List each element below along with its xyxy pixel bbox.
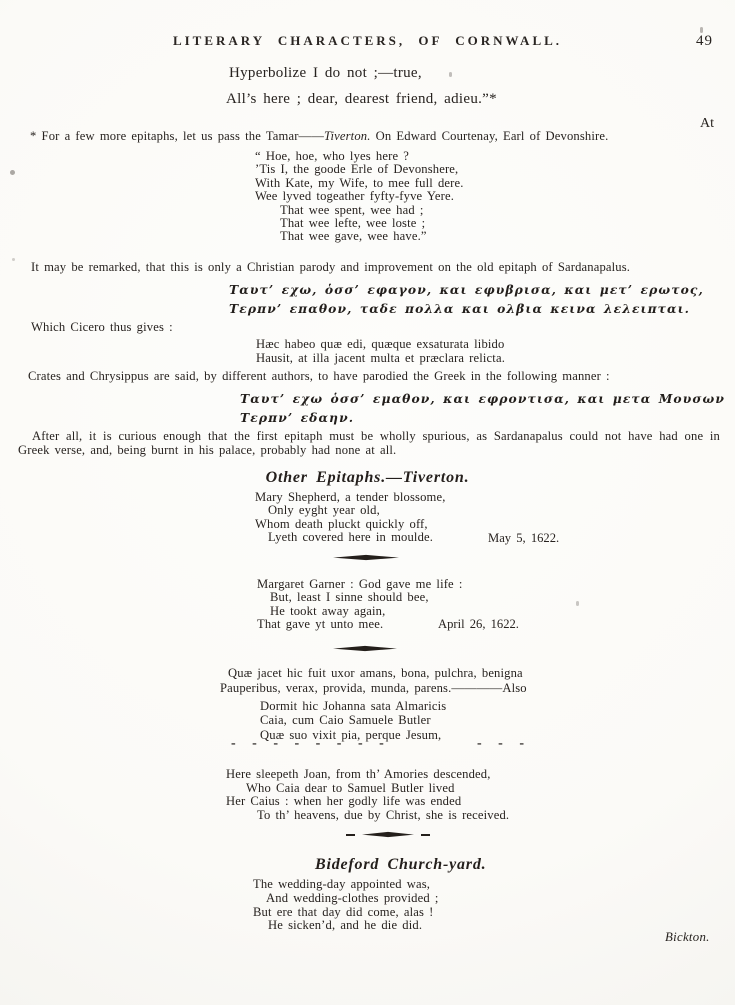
scan-speck <box>576 601 579 606</box>
closing-verse: Hyperbolize I do not ;—true, All’s here … <box>229 60 497 112</box>
greek-line: Τερπν’ επαθον, ταδε πολλα και ολβια κειν… <box>229 299 704 318</box>
page-header-title: LITERARY CHARACTERS, OF CORNWALL. <box>0 33 735 49</box>
latin-line: Hæc habeo quæ edi, quæque exsaturata lib… <box>256 338 505 352</box>
margaret-garner-date: April 26, 1622. <box>438 617 519 632</box>
book-page: LITERARY CHARACTERS, OF CORNWALL. 49 Hyp… <box>0 0 735 1005</box>
divider-dash <box>421 834 430 836</box>
verse-line: Lyeth covered here in moulde. <box>268 531 446 544</box>
catchword-bottom: Bickton. <box>665 930 710 945</box>
joan-translation: Here sleepeth Joan, from th’ Amories des… <box>226 768 509 823</box>
verse-line: Her Caius : when her godly life was ende… <box>226 795 509 809</box>
verse-line: Mary Shepherd, a tender blossome, <box>255 491 446 504</box>
verse-line: But ere that day did come, alas ! <box>253 906 439 920</box>
verse-line: That wee spent, wee had ; <box>280 204 464 217</box>
verse-line: Whom death pluckt quickly off, <box>255 518 446 531</box>
latin-line: Quæ jacet hic fuit uxor amans, bona, pul… <box>228 666 527 681</box>
greek-epitaph: Ταυτ’ εχω, ὁσσ’ εφαγον, και εφυβρισα, κα… <box>229 280 704 318</box>
verse-line: Margaret Garner : God gave me life : <box>257 578 463 591</box>
verse-line: Hyperbolize I do not ;—true, <box>229 60 497 86</box>
verse-line: ’Tis I, the goode Erle of Devonshere, <box>255 163 464 176</box>
scan-speck <box>449 72 452 77</box>
verse-line: That wee lefte, wee loste ; <box>280 217 464 230</box>
verse-line: Here sleepeth Joan, from th’ Amories des… <box>226 768 509 782</box>
latin-line: Caia, cum Caio Samuele Butler <box>260 713 446 727</box>
verse-line: That gave yt unto mee. <box>257 618 463 631</box>
crates-intro: Crates and Chrysippus are said, by diffe… <box>28 369 610 384</box>
ellipsis-dashes-right: - - - <box>477 736 526 752</box>
verse-line: That wee gave, wee have.” <box>280 230 464 243</box>
verse-line: The wedding-day appointed was, <box>253 878 439 892</box>
greek-line: Ταυτ’ εχω ὁσσ’ εμαθον, και εφροντισα, κα… <box>240 389 725 408</box>
bideford-section-heading: Bideford Church-yard. <box>315 856 486 874</box>
divider-lens <box>362 831 414 838</box>
verse-line: Who Caia dear to Samuel Butler lived <box>246 782 509 796</box>
scan-speck <box>700 27 703 33</box>
swelled-rule-divider <box>346 831 430 838</box>
greek-line: Ταυτ’ εχω, ὁσσ’ εφαγον, και εφυβρισα, κα… <box>229 280 704 299</box>
swelled-rule-divider <box>333 645 397 652</box>
latin-line: Pauperibus, verax, provida, munda, paren… <box>220 681 527 696</box>
greek-parody: Ταυτ’ εχω ὁσσ’ εμαθον, και εφροντισα, κα… <box>240 389 725 427</box>
verse-line: All’s here ; dear, dearest friend, adieu… <box>226 86 497 112</box>
footnote-intro: * For a few more epitaphs, let us pass t… <box>30 129 608 144</box>
latin-line: Hausit, at illa jacent multa et præclara… <box>256 352 505 366</box>
wedding-epitaph: The wedding-day appointed was, And weddi… <box>253 878 439 933</box>
catchword-top: At <box>700 116 714 132</box>
page-number: 49 <box>696 33 713 50</box>
devonshire-epitaph: “ Hoe, hoe, who lyes here ? ’Tis I, the … <box>255 150 464 244</box>
greek-line: Τερπν’ εδαην. <box>240 408 725 427</box>
verse-line: Wee lyved togeather fyfty-fyve Yere. <box>255 190 464 203</box>
latin-line: Dormit hic Johanna sata Almaricis <box>260 699 446 713</box>
latin-version: Hæc habeo quæ edi, quæque exsaturata lib… <box>256 338 505 366</box>
scan-speck <box>10 170 15 175</box>
divider-dash <box>346 834 355 836</box>
mary-shepherd-epitaph: Mary Shepherd, a tender blossome, Only e… <box>255 491 446 545</box>
footnote-intro-tiverton: Tiverton. <box>324 129 370 143</box>
mary-shepherd-date: May 5, 1622. <box>488 531 559 546</box>
scan-speck <box>12 258 15 261</box>
sardanapalus-remark: It may be remarked, that this is only a … <box>31 260 630 275</box>
verse-line: “ Hoe, hoe, who lyes here ? <box>255 150 464 163</box>
verse-line: But, least I sinne should bee, <box>270 591 463 604</box>
verse-line: And wedding-clothes provided ; <box>266 892 439 906</box>
verse-line: To th’ heavens, due by Christ, she is re… <box>257 809 509 823</box>
ellipsis-dashes-left: - - - - - - - - <box>231 736 386 752</box>
tiverton-section-heading: Other Epitaphs.—Tiverton. <box>0 469 735 487</box>
swelled-rule-divider <box>333 554 399 561</box>
uxor-couplet: Quæ jacet hic fuit uxor amans, bona, pul… <box>228 666 527 695</box>
verse-line: He tookt away again, <box>270 605 463 618</box>
margaret-garner-epitaph: Margaret Garner : God gave me life : But… <box>257 578 463 632</box>
after-all-remark: After all, it is curious enough that the… <box>18 430 720 457</box>
verse-line: He sicken’d, and he die did. <box>268 919 439 933</box>
footnote-intro-text: * For a few more epitaphs, let us pass t… <box>30 129 324 143</box>
cicero-intro: Which Cicero thus gives : <box>31 320 173 335</box>
footnote-intro-rest: On Edward Courtenay, Earl of Devonshire. <box>371 129 609 143</box>
verse-line: Only eyght year old, <box>268 504 446 517</box>
verse-line: With Kate, my Wife, to mee full dere. <box>255 177 464 190</box>
